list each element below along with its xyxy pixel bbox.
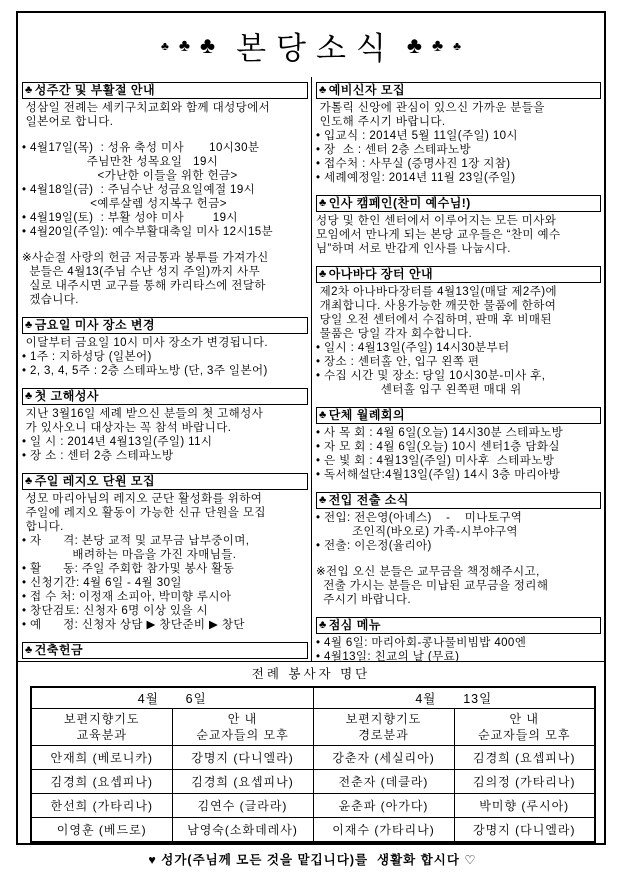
roster-column-header-line: 경로분과 xyxy=(314,727,454,743)
roster-column-header-line: 안 내 xyxy=(173,711,313,727)
section-heading-label: 금요일 미사 장소 변경 xyxy=(35,318,155,333)
roster-cell: 김경희 (요셉피나) xyxy=(454,746,595,770)
club-icon: ♣ xyxy=(319,198,327,209)
roster-group-header: 4월 6일 xyxy=(31,687,313,709)
text-line: • 장 소 : 센터 2층 스테파노방 xyxy=(22,449,308,463)
section-heading-label: 예비신자 모집 xyxy=(329,83,405,98)
text-line: 센터홀 입구 왼쪽편 매대 위 xyxy=(316,383,601,397)
roster-column-header: 안 내순교자들의 모후 xyxy=(172,709,313,746)
section-heading-label: 건축헌금 xyxy=(35,643,83,658)
text-line: • 일 시 : 2014년 4월13일(주일) 11시 xyxy=(22,435,308,449)
text-line: 모임에서 만나게 되는 본당 교우들은 “찬미 예수 xyxy=(316,228,601,242)
roster-cell: 이재수 (가타리나) xyxy=(313,818,454,843)
roster-cell: 한선희 (가타리나) xyxy=(31,794,172,818)
section-heading: ♣단체 월례회의 xyxy=(316,407,601,424)
text-line: 성모 마리아님의 레지오 군단 활성화를 위하여 xyxy=(22,492,308,506)
text-line: • 4월13일: 친교의 날 (무료) xyxy=(316,650,601,661)
roster-column-header-line: 안 내 xyxy=(455,711,595,727)
roster-cell: 김연수 (글라라) xyxy=(172,794,313,818)
roster-group-row: 4월 6일4월 13일 xyxy=(31,687,595,709)
text-line: <가난한 이들을 위한 헌금> xyxy=(22,169,308,183)
section-heading-label: 점심 메뉴 xyxy=(329,618,381,633)
roster-table: 4월 6일4월 13일보편지향기도교육분과안 내순교자들의 모후보편지향기도경로… xyxy=(30,686,596,843)
text-line: • 4월20일(주일): 예수부활대축일 미사 12시15분 xyxy=(22,225,308,239)
club-icon: ♣ xyxy=(25,85,33,96)
text-line: 님”하며 서로 반갑게 인사를 나눕시다. xyxy=(316,242,601,256)
roster-header-row: 보편지향기도교육분과안 내순교자들의 모후보편지향기도경로분과안 내순교자들의 … xyxy=(31,709,595,746)
club-icon: ♣ xyxy=(25,476,33,487)
roster-row: 안재희 (베로니카)강명지 (다니엘라)강춘자 (세실리아)김경희 (요셉피나) xyxy=(31,746,595,770)
left-column: ♣성주간 및 부활절 안내 성삼일 전례는 세키구치교회와 함께 대성당에서 일… xyxy=(18,77,311,661)
section: ♣성주간 및 부활절 안내 성삼일 전례는 세키구치교회와 함께 대성당에서 일… xyxy=(22,82,308,307)
text-line: • 신청기간: 4월 6일 - 4월 30일 xyxy=(22,576,308,590)
section-heading: ♣인사 캠페인(찬미 예수님!) xyxy=(316,195,601,212)
roster-cell: 강명지 (다니엘라) xyxy=(454,818,595,843)
section-heading: ♣성주간 및 부활절 안내 xyxy=(22,82,308,99)
roster-cell: 남영숙(소화데레사) xyxy=(172,818,313,843)
roster-cell: 강춘자 (세실리아) xyxy=(313,746,454,770)
text-line: • 장 소 : 센터 2층 스테파노방 xyxy=(316,143,601,157)
text-line: • 4월18일(금) : 주님수난 성금요일예절 19시 xyxy=(22,183,308,197)
club-icon: ♣ xyxy=(25,391,33,402)
text-line: • 자 격: 본당 교적 및 교무금 납부중이며, xyxy=(22,534,308,548)
section: ♣건축헌금 사목회 식사판매 이익금 31,200엔 xyxy=(22,642,308,661)
roster-cell: 윤춘파 (아가다) xyxy=(313,794,454,818)
section-heading: ♣첫 고해성사 xyxy=(22,388,308,405)
text-line: • 4월17일(목) : 성유 축성 미사 10시30분 xyxy=(22,141,308,155)
text-line: 성삼일 전례는 세키구치교회와 함께 대성당에서 xyxy=(22,101,308,115)
text-line: • 4월 6일: 마리아회-콩나물비빔밥 400엔 xyxy=(316,636,601,650)
text-line: 주시기 바랍니다. xyxy=(316,593,601,607)
section-heading-label: 전입 전출 소식 xyxy=(329,493,409,508)
text-line: 인도해 주시기 바랍니다. xyxy=(316,115,601,129)
text-line: ※사순절 사랑의 헌금 저금통과 봉투를 가져가신 xyxy=(22,251,308,265)
text-line: 전출 가시는 분들은 미납된 교무금을 정리해 xyxy=(316,579,601,593)
section: ♣첫 고해성사 지난 3월16일 세례 받으신 분들의 첫 고해성사 가 있사오… xyxy=(22,388,308,463)
section: ♣금요일 미사 장소 변경 이달부터 금요일 10시 미사 장소가 변경됩니다.… xyxy=(22,317,308,378)
section-heading: ♣예비신자 모집 xyxy=(316,82,601,99)
section-heading: ♣점심 메뉴 xyxy=(316,617,601,634)
section-heading-label: 단체 월례회의 xyxy=(329,408,405,423)
club-icon: ♣ xyxy=(407,32,422,58)
section-heading: ♣주일 레지오 단원 모집 xyxy=(22,473,308,490)
club-icon: ♣ xyxy=(200,32,215,58)
bulletin-body: ♣성주간 및 부활절 안내 성삼일 전례는 세키구치교회와 함께 대성당에서 일… xyxy=(18,77,604,662)
roster-caption: 전례 봉사자 명단 xyxy=(18,662,604,686)
club-icon: ♣ xyxy=(319,495,327,506)
section-heading-label: 성주간 및 부활절 안내 xyxy=(35,83,155,98)
roster-cell: 이영훈 (베드로) xyxy=(31,818,172,843)
text-line: 가 있사오니 대상자는 꼭 참석 바랍니다. xyxy=(22,421,308,435)
club-icon: ♣ xyxy=(432,36,443,55)
text-line: 배려하는 마음을 가진 자매님들. xyxy=(22,548,308,562)
text-line: 개최합니다. 사용가능한 깨끗한 물품에 한하여 xyxy=(316,299,601,313)
text-line: 겠습니다. xyxy=(22,293,308,307)
text-line: • 장소 : 센터홀 안, 입구 왼쪽 편 xyxy=(316,355,601,369)
text-line: 성당 및 한인 센터에서 이루어지는 모든 미사와 xyxy=(316,214,601,228)
text-line: • 접수처 : 사무실 (증명사진 1장 지참) xyxy=(316,157,601,171)
roster-cell: 전춘자 (데클라) xyxy=(313,770,454,794)
section: ♣단체 월례회의• 사 목 회 : 4월 6일(오늘) 14시30분 스테파노방… xyxy=(316,407,601,482)
roster-cell: 김의정 (가타리나) xyxy=(454,770,595,794)
club-icon: ♣ xyxy=(319,85,327,96)
text-line: 분들은 4월13(주님 수난 성지 주일)까지 사무 xyxy=(22,265,308,279)
text-line: 당일 오전 센터에서 수집하며, 판매 후 비매된 xyxy=(316,313,601,327)
roster-head: 4월 6일4월 13일보편지향기도교육분과안 내순교자들의 모후보편지향기도경로… xyxy=(31,687,595,746)
text-line: • 4월19일(토) : 부활 성야 미사 19시 xyxy=(22,211,308,225)
text-line: • 활 동: 주일 주회합 참가및 봉사 활동 xyxy=(22,562,308,576)
section-heading: ♣금요일 미사 장소 변경 xyxy=(22,317,308,334)
roster-cell: 김경희 (요셉피나) xyxy=(31,770,172,794)
roster-column-header-line: 보편지향기도 xyxy=(314,711,454,727)
roster-cell: 김경희 (요셉피나) xyxy=(172,770,313,794)
text-line: • 일시 : 4월13일(주일) 14시30분부터 xyxy=(316,341,601,355)
text-line: • 독서해설단:4월13일(주일) 14시 3층 마리아방 xyxy=(316,468,601,482)
text-line: 합니다. xyxy=(22,520,308,534)
text-line: • 세례예정일: 2014년 11월 23일(주일) xyxy=(316,171,601,185)
text-line: • 전입: 전은영(아녜스) - 미나토구역 xyxy=(316,511,601,525)
text-line: 제2차 아나바다장터를 4월13일(매달 제2주)에 xyxy=(316,285,601,299)
roster-column-header-line: 순교자들의 모후 xyxy=(173,727,313,743)
text-line: • 수집 시간 및 장소: 당일 10시30분-미사 후, xyxy=(316,369,601,383)
text-line: 조인직(바오로) 가족-시부야구역 xyxy=(316,525,601,539)
roster-row: 이영훈 (베드로)남영숙(소화데레사)이재수 (가타리나)강명지 (다니엘라) xyxy=(31,818,595,843)
text-line: • 전출: 이은정(율리아) xyxy=(316,539,601,553)
section-heading-label: 첫 고해성사 xyxy=(35,389,99,404)
text-line: 실로 내주시면 교구를 통해 카리타스에 전달하 xyxy=(22,279,308,293)
right-column: ♣예비신자 모집 가톨릭 신앙에 관심이 있으신 가까운 분들을 인도해 주시기… xyxy=(311,77,604,661)
text-line: 지난 3월16일 세례 받으신 분들의 첫 고해성사 xyxy=(22,407,308,421)
roster-column-header-line: 순교자들의 모후 xyxy=(455,727,595,743)
roster-column-header-line: 교육분과 xyxy=(32,727,172,743)
section: ♣인사 캠페인(찬미 예수님!)성당 및 한인 센터에서 이루어지는 모든 미사… xyxy=(316,195,601,256)
text-line: ※전입 오신 분들은 교무금을 책정해주시고, xyxy=(316,565,601,579)
text-line: • 입교식 : 2014년 5월 11일(주일) 10시 xyxy=(316,129,601,143)
roster-cell: 안재희 (베로니카) xyxy=(31,746,172,770)
section: ♣주일 레지오 단원 모집 성모 마리아님의 레지오 군단 활성화를 위하여 주… xyxy=(22,473,308,632)
page-title: 본당소식 xyxy=(236,31,396,66)
club-icon: ♣ xyxy=(179,36,190,55)
club-icon: ♣ xyxy=(25,320,33,331)
club-icon: ♣ xyxy=(319,620,327,631)
text-line: 주님만찬 성목요일 19시 xyxy=(22,155,308,169)
bulletin-frame: ♣♣♣본당소식♣♣♣ ♣성주간 및 부활절 안내 성삼일 전례는 세키구치교회와… xyxy=(16,11,606,845)
text-line: 일본어로 합니다. xyxy=(22,115,308,129)
text-line: • 사 목 회 : 4월 6일(오늘) 14시30분 스테파노방 xyxy=(316,426,601,440)
club-icon: ♣ xyxy=(453,39,461,53)
club-icon: ♣ xyxy=(161,39,169,53)
text-line: • 창단검토: 신청자 6명 이상 있을 시 xyxy=(22,604,308,618)
text-line xyxy=(22,129,308,141)
text-line: <예루살렘 성지복구 헌금> xyxy=(22,197,308,211)
text-line: 이달부터 금요일 10시 미사 장소가 변경됩니다. xyxy=(22,336,308,350)
section-heading: ♣전입 전출 소식 xyxy=(316,492,601,509)
roster-cell: 박미향 (루시아) xyxy=(454,794,595,818)
footer-note: ♥ 성가(주님께 모든 것을 맡깁니다)를 생활화 합시다 ♡ xyxy=(0,850,625,868)
section-heading: ♣건축헌금 xyxy=(22,642,308,659)
text-line: • 자 모 회 : 4월 6일(오늘) 10시 센터1층 담화실 xyxy=(316,440,601,454)
roster-column-header: 보편지향기도경로분과 xyxy=(313,709,454,746)
roster-row: 김경희 (요셉피나)김경희 (요셉피나)전춘자 (데클라)김의정 (가타리나) xyxy=(31,770,595,794)
section-heading-label: 아나바다 장터 안내 xyxy=(329,267,433,282)
text-line: • 1주 : 지하성당 (일본어) xyxy=(22,350,308,364)
roster-body: 안재희 (베로니카)강명지 (다니엘라)강춘자 (세실리아)김경희 (요셉피나)… xyxy=(31,746,595,843)
section-heading-label: 인사 캠페인(찬미 예수님!) xyxy=(329,196,471,211)
roster-group-header: 4월 13일 xyxy=(313,687,595,709)
text-line: 주일에 레지오 활동이 가능한 신규 단원을 모집 xyxy=(22,506,308,520)
text-line: • 은 빛 회 : 4월13일(주일) 미사후 스테파노방 xyxy=(316,454,601,468)
section: ♣점심 메뉴• 4월 6일: 마리아회-콩나물비빔밥 400엔• 4월13일: … xyxy=(316,617,601,661)
roster-row: 한선희 (가타리나)김연수 (글라라)윤춘파 (아가다)박미향 (루시아) xyxy=(31,794,595,818)
text-line: • 2, 3, 4, 5주 : 2층 스테파노방 (단, 3주 일본어) xyxy=(22,364,308,378)
section-heading-label: 주일 레지오 단원 모집 xyxy=(35,474,155,489)
roster-cell: 강명지 (다니엘라) xyxy=(172,746,313,770)
title-row: ♣♣♣본당소식♣♣♣ xyxy=(18,13,604,77)
text-line: • 접 수 처: 이정재 소피아, 박미향 루시아 xyxy=(22,590,308,604)
roster-column-header: 보편지향기도교육분과 xyxy=(31,709,172,746)
roster-column-header: 안 내순교자들의 모후 xyxy=(454,709,595,746)
roster-column-header-line: 보편지향기도 xyxy=(32,711,172,727)
text-line: • 예 정: 신청자 상담 ▶ 창단준비 ▶ 창단 xyxy=(22,618,308,632)
section-heading: ♣아나바다 장터 안내 xyxy=(316,266,601,283)
section: ♣전입 전출 소식• 전입: 전은영(아녜스) - 미나토구역 조인직(바오로)… xyxy=(316,492,601,607)
section: ♣아나바다 장터 안내 제2차 아나바다장터를 4월13일(매달 제2주)에 개… xyxy=(316,266,601,397)
text-line: 물품은 당일 각자 회수합니다. xyxy=(316,327,601,341)
club-icon: ♣ xyxy=(319,269,327,280)
club-icon: ♣ xyxy=(25,645,33,656)
section: ♣예비신자 모집 가톨릭 신앙에 관심이 있으신 가까운 분들을 인도해 주시기… xyxy=(316,82,601,185)
text-line xyxy=(316,553,601,565)
text-line: 가톨릭 신앙에 관심이 있으신 가까운 분들을 xyxy=(316,101,601,115)
text-line xyxy=(22,239,308,251)
club-icon: ♣ xyxy=(319,410,327,421)
